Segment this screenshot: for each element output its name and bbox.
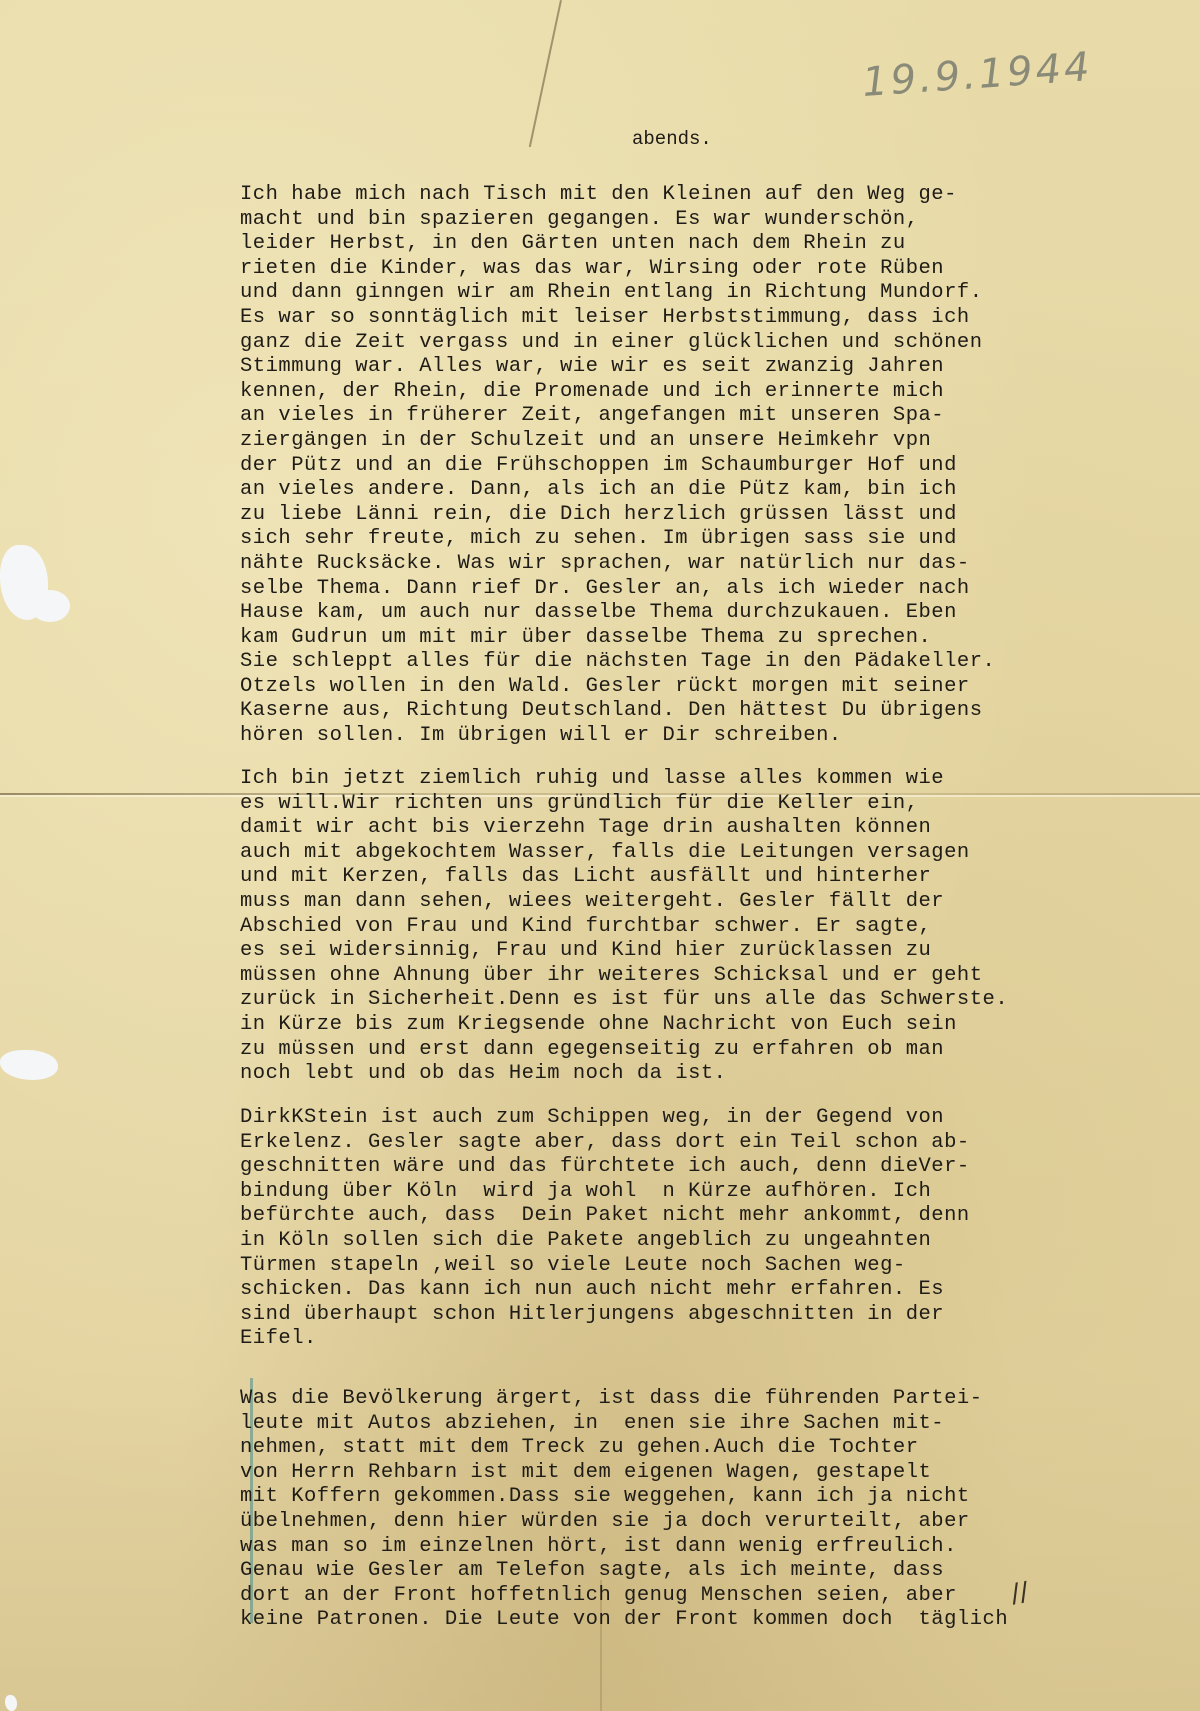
text-line: macht und bin spazieren gegangen. Es war…	[240, 208, 1120, 233]
text-line: Kaserne aus, Richtung Deutschland. Den h…	[240, 699, 1120, 724]
text-line: DirkKStein ist auch zum Schippen weg, in…	[240, 1106, 1120, 1131]
text-line: in Köln sollen sich die Pakete angeblich…	[240, 1229, 1120, 1254]
paragraph-4: Was die Bevölkerung ärgert, ist dass die…	[240, 1387, 1120, 1633]
paper-damage-hole	[5, 1695, 17, 1711]
text-line: hören sollen. Im übrigen will er Dir sch…	[240, 724, 1120, 749]
text-line: sind überhaupt schon Hitlerjungens abges…	[240, 1303, 1120, 1328]
text-line: und mit Kerzen, falls das Licht ausfällt…	[240, 865, 1120, 890]
text-line: zu liebe Länni rein, die Dich herzlich g…	[240, 503, 1120, 528]
text-line: Sie schleppt alles für die nächsten Tage…	[240, 650, 1120, 675]
text-line: Abschied von Frau und Kind furchtbar sch…	[240, 915, 1120, 940]
text-line: keine Patronen. Die Leute von der Front …	[240, 1608, 1120, 1633]
text-line: Ich bin jetzt ziemlich ruhig und lasse a…	[240, 767, 1120, 792]
text-line: von Herrn Rehbarn ist mit dem eigenen Wa…	[240, 1461, 1120, 1486]
text-line: in Kürze bis zum Kriegsende ohne Nachric…	[240, 1013, 1120, 1038]
text-line: an vieles in früherer Zeit, angefangen m…	[240, 404, 1120, 429]
text-line: leute mit Autos abziehen, in enen sie ih…	[240, 1412, 1120, 1437]
text-line: Türmen stapeln ,weil so viele Leute noch…	[240, 1254, 1120, 1279]
text-line: rieten die Kinder, was das war, Wirsing …	[240, 257, 1120, 282]
text-line: Hause kam, um auch nur dasselbe Thema du…	[240, 601, 1120, 626]
text-line: dort an der Front hoffetnlich genug Mens…	[240, 1584, 1120, 1609]
text-line: und dann ginngen wir am Rhein entlang in…	[240, 281, 1120, 306]
text-line: der Pütz und an die Frühschoppen im Scha…	[240, 454, 1120, 479]
text-line: nähte Rucksäcke. Was wir sprachen, war n…	[240, 552, 1120, 577]
text-line: kam Gudrun um mit mir über dasselbe Them…	[240, 626, 1120, 651]
text-line: Genau wie Gesler am Telefon sagte, als i…	[240, 1559, 1120, 1584]
text-line: was man so im einzelnen hört, ist dann w…	[240, 1535, 1120, 1560]
text-line: auch mit abgekochtem Wasser, falls die L…	[240, 841, 1120, 866]
text-line: kennen, der Rhein, die Promenade und ich…	[240, 380, 1120, 405]
text-line: Otzels wollen in den Wald. Gesler rückt …	[240, 675, 1120, 700]
text-line: bindung über Köln wird ja wohl n Kürze a…	[240, 1180, 1120, 1205]
text-line: Stimmung war. Alles war, wie wir es seit…	[240, 355, 1120, 380]
text-line: Eifel.	[240, 1327, 1120, 1352]
text-line: ziergängen in der Schulzeit und an unser…	[240, 429, 1120, 454]
text-line: damit wir acht bis vierzehn Tage drin au…	[240, 816, 1120, 841]
text-line: Ich habe mich nach Tisch mit den Kleinen…	[240, 183, 1120, 208]
paper-damage-hole	[30, 590, 70, 622]
text-line: geschnitten wäre und das fürchtete ich a…	[240, 1155, 1120, 1180]
text-line: müssen ohne Ahnung über ihr weiteres Sch…	[240, 964, 1120, 989]
text-line: an vieles andere. Dann, als ich an die P…	[240, 478, 1120, 503]
text-line: leider Herbst, in den Gärten unten nach …	[240, 232, 1120, 257]
text-line: übelnehmen, denn hier würden sie ja doch…	[240, 1510, 1120, 1535]
text-line: Es war so sonntäglich mit leiser Herbsts…	[240, 306, 1120, 331]
text-line: schicken. Das kann ich nun auch nicht me…	[240, 1278, 1120, 1303]
text-line: Erkelenz. Gesler sagte aber, dass dort e…	[240, 1131, 1120, 1156]
text-line: Was die Bevölkerung ärgert, ist dass die…	[240, 1387, 1120, 1412]
paragraph-2: Ich bin jetzt ziemlich ruhig und lasse a…	[240, 767, 1120, 1087]
paragraph-3: DirkKStein ist auch zum Schippen weg, in…	[240, 1106, 1120, 1352]
text-line: mit Koffern gekommen.Dass sie weggehen, …	[240, 1485, 1120, 1510]
text-line: befürchte auch, dass Dein Paket nicht me…	[240, 1204, 1120, 1229]
text-line: selbe Thema. Dann rief Dr. Gesler an, al…	[240, 577, 1120, 602]
text-line: nehmen, statt mit dem Treck zu gehen.Auc…	[240, 1436, 1120, 1461]
text-line: sich sehr freute, mich zu sehen. Im übri…	[240, 527, 1120, 552]
text-line: ganz die Zeit vergass und in einer glück…	[240, 331, 1120, 356]
text-line: es will.Wir richten uns gründlich für di…	[240, 792, 1120, 817]
text-line: es sei widersinnig, Frau und Kind hier z…	[240, 939, 1120, 964]
text-line: zurück in Sicherheit.Denn es ist für uns…	[240, 988, 1120, 1013]
text-line: muss man dann sehen, wiees weitergeht. G…	[240, 890, 1120, 915]
text-line: noch lebt und ob das Heim noch da ist.	[240, 1062, 1120, 1087]
letter-heading: abends.	[632, 128, 712, 150]
text-line: zu müssen und erst dann egegenseitig zu …	[240, 1038, 1120, 1063]
paragraph-1: Ich habe mich nach Tisch mit den Kleinen…	[240, 183, 1120, 749]
